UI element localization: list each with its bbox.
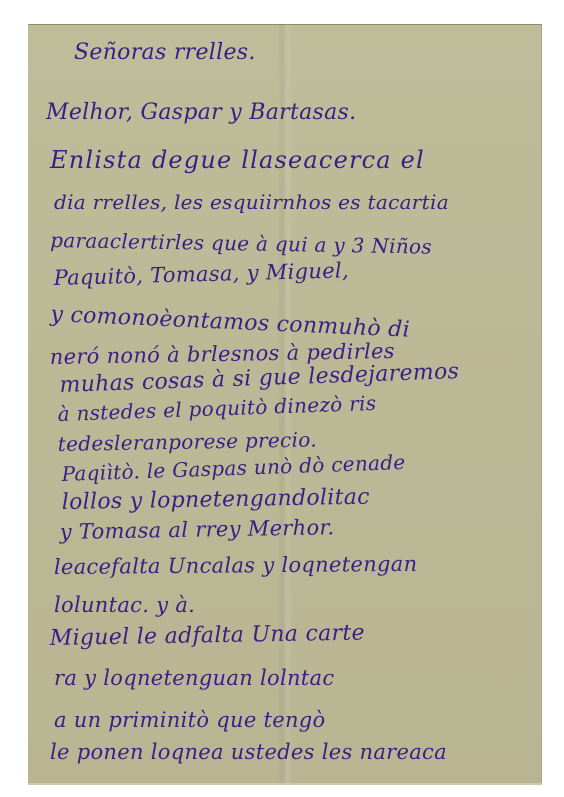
- letter-line: leacefalta Uncalas y loqnetengan: [54, 552, 418, 579]
- letter-line: Enlista degue llaseacerca el: [50, 146, 425, 174]
- letter-line: a un priminitò que tengò: [54, 708, 326, 732]
- letter-salutation: Señoras rrelles.: [74, 40, 256, 65]
- letter-line: le ponen loqnea ustedes les nareaca: [50, 740, 447, 764]
- letter-line: tedesleranporese precio.: [58, 427, 318, 456]
- letter-line: dia rrelles, les esquiirnhos es tacartia: [54, 190, 449, 214]
- letter-line: loluntac. y à.: [54, 593, 195, 617]
- letter-line: ra y loqnetenguan lolntac: [54, 666, 334, 690]
- letter-line: Melhor, Gaspar y Bartasas.: [46, 100, 356, 125]
- letter-line: y Tomasa al rrey Merhor.: [60, 515, 335, 544]
